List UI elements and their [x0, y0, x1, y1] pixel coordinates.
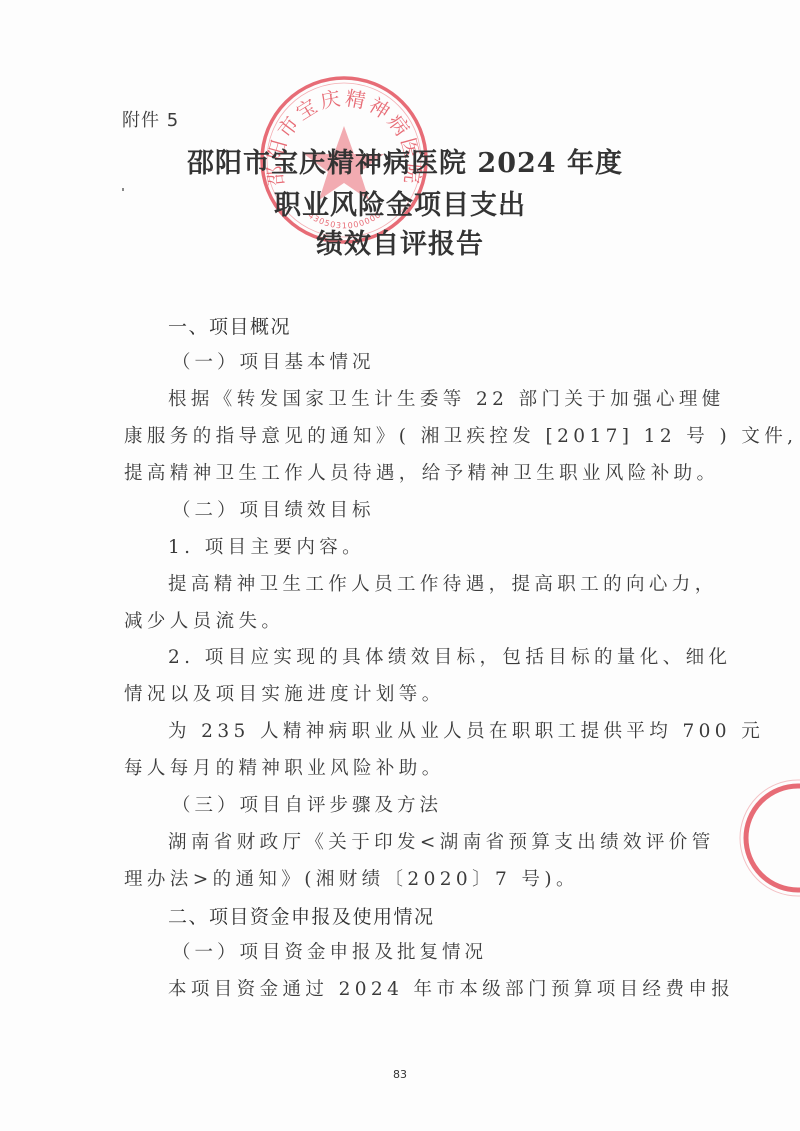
- paragraph-line: 为 235 人精神病职业从业人员在职职工提供平均 700 元: [168, 717, 764, 743]
- subsection-heading-performance-goals: （二）项目绩效目标: [172, 496, 375, 522]
- report-title-line-1: 邵阳市宝庆精神病医院 2024 年度: [5, 141, 800, 180]
- paragraph-line: 根据《转发国家卫生计生委等 22 部门关于加强心理健: [168, 385, 725, 411]
- paragraph-line: 提高精神卫生工作人员工作待遇，提高职工的向心力，: [168, 570, 718, 596]
- section-heading-overview: 一、项目概况: [168, 312, 291, 339]
- attachment-label: 附件 5: [122, 106, 179, 132]
- subsection-heading-basic-info: （一）项目基本情况: [172, 348, 375, 374]
- edge-seal-fragment-icon: [738, 778, 800, 898]
- paragraph-line: 减少人员流失。: [124, 607, 284, 633]
- paragraph-line: 提高精神卫生工作人员待遇，给予精神卫生职业风险补助。: [124, 459, 719, 485]
- subsection-heading-funding-approval: （一）项目资金申报及批复情况: [172, 938, 487, 964]
- section-heading-funding: 二、项目资金申报及使用情况: [168, 902, 435, 929]
- report-title-line-2: 职业风险金项目支出: [0, 183, 800, 222]
- page-number: 83: [0, 1068, 800, 1081]
- paragraph-line: 2. 项目应实现的具体绩效目标，包括目标的量化、细化: [168, 643, 731, 669]
- subsection-heading-self-evaluation-method: （三）项目自评步骤及方法: [172, 791, 442, 817]
- report-title-line-3: 绩效自评报告: [0, 222, 800, 261]
- paragraph-line: 情况以及项目实施进度计划等。: [124, 680, 445, 706]
- paragraph-line: 每人每月的精神职业风险补助。: [124, 754, 445, 780]
- paragraph-line: 本项目资金通过 2024 年市本级部门预算项目经费申报: [168, 975, 734, 1001]
- paragraph-line: 湖南省财政厅《关于印发<湖南省预算支出绩效评价管: [168, 828, 715, 854]
- document-page: 邵阳市宝庆精神病医院 4305031000000 附件 5 邵阳市宝庆精神病医院…: [0, 0, 800, 1131]
- paragraph-line: 理办法>的通知》(湘财绩〔2020〕7 号)。: [124, 865, 579, 891]
- paragraph-line: 康服务的指导意见的通知》( 湘卫疾控发 [2017] 12 号 ) 文件,: [124, 422, 797, 448]
- paragraph-line: 1. 项目主要内容。: [168, 533, 365, 559]
